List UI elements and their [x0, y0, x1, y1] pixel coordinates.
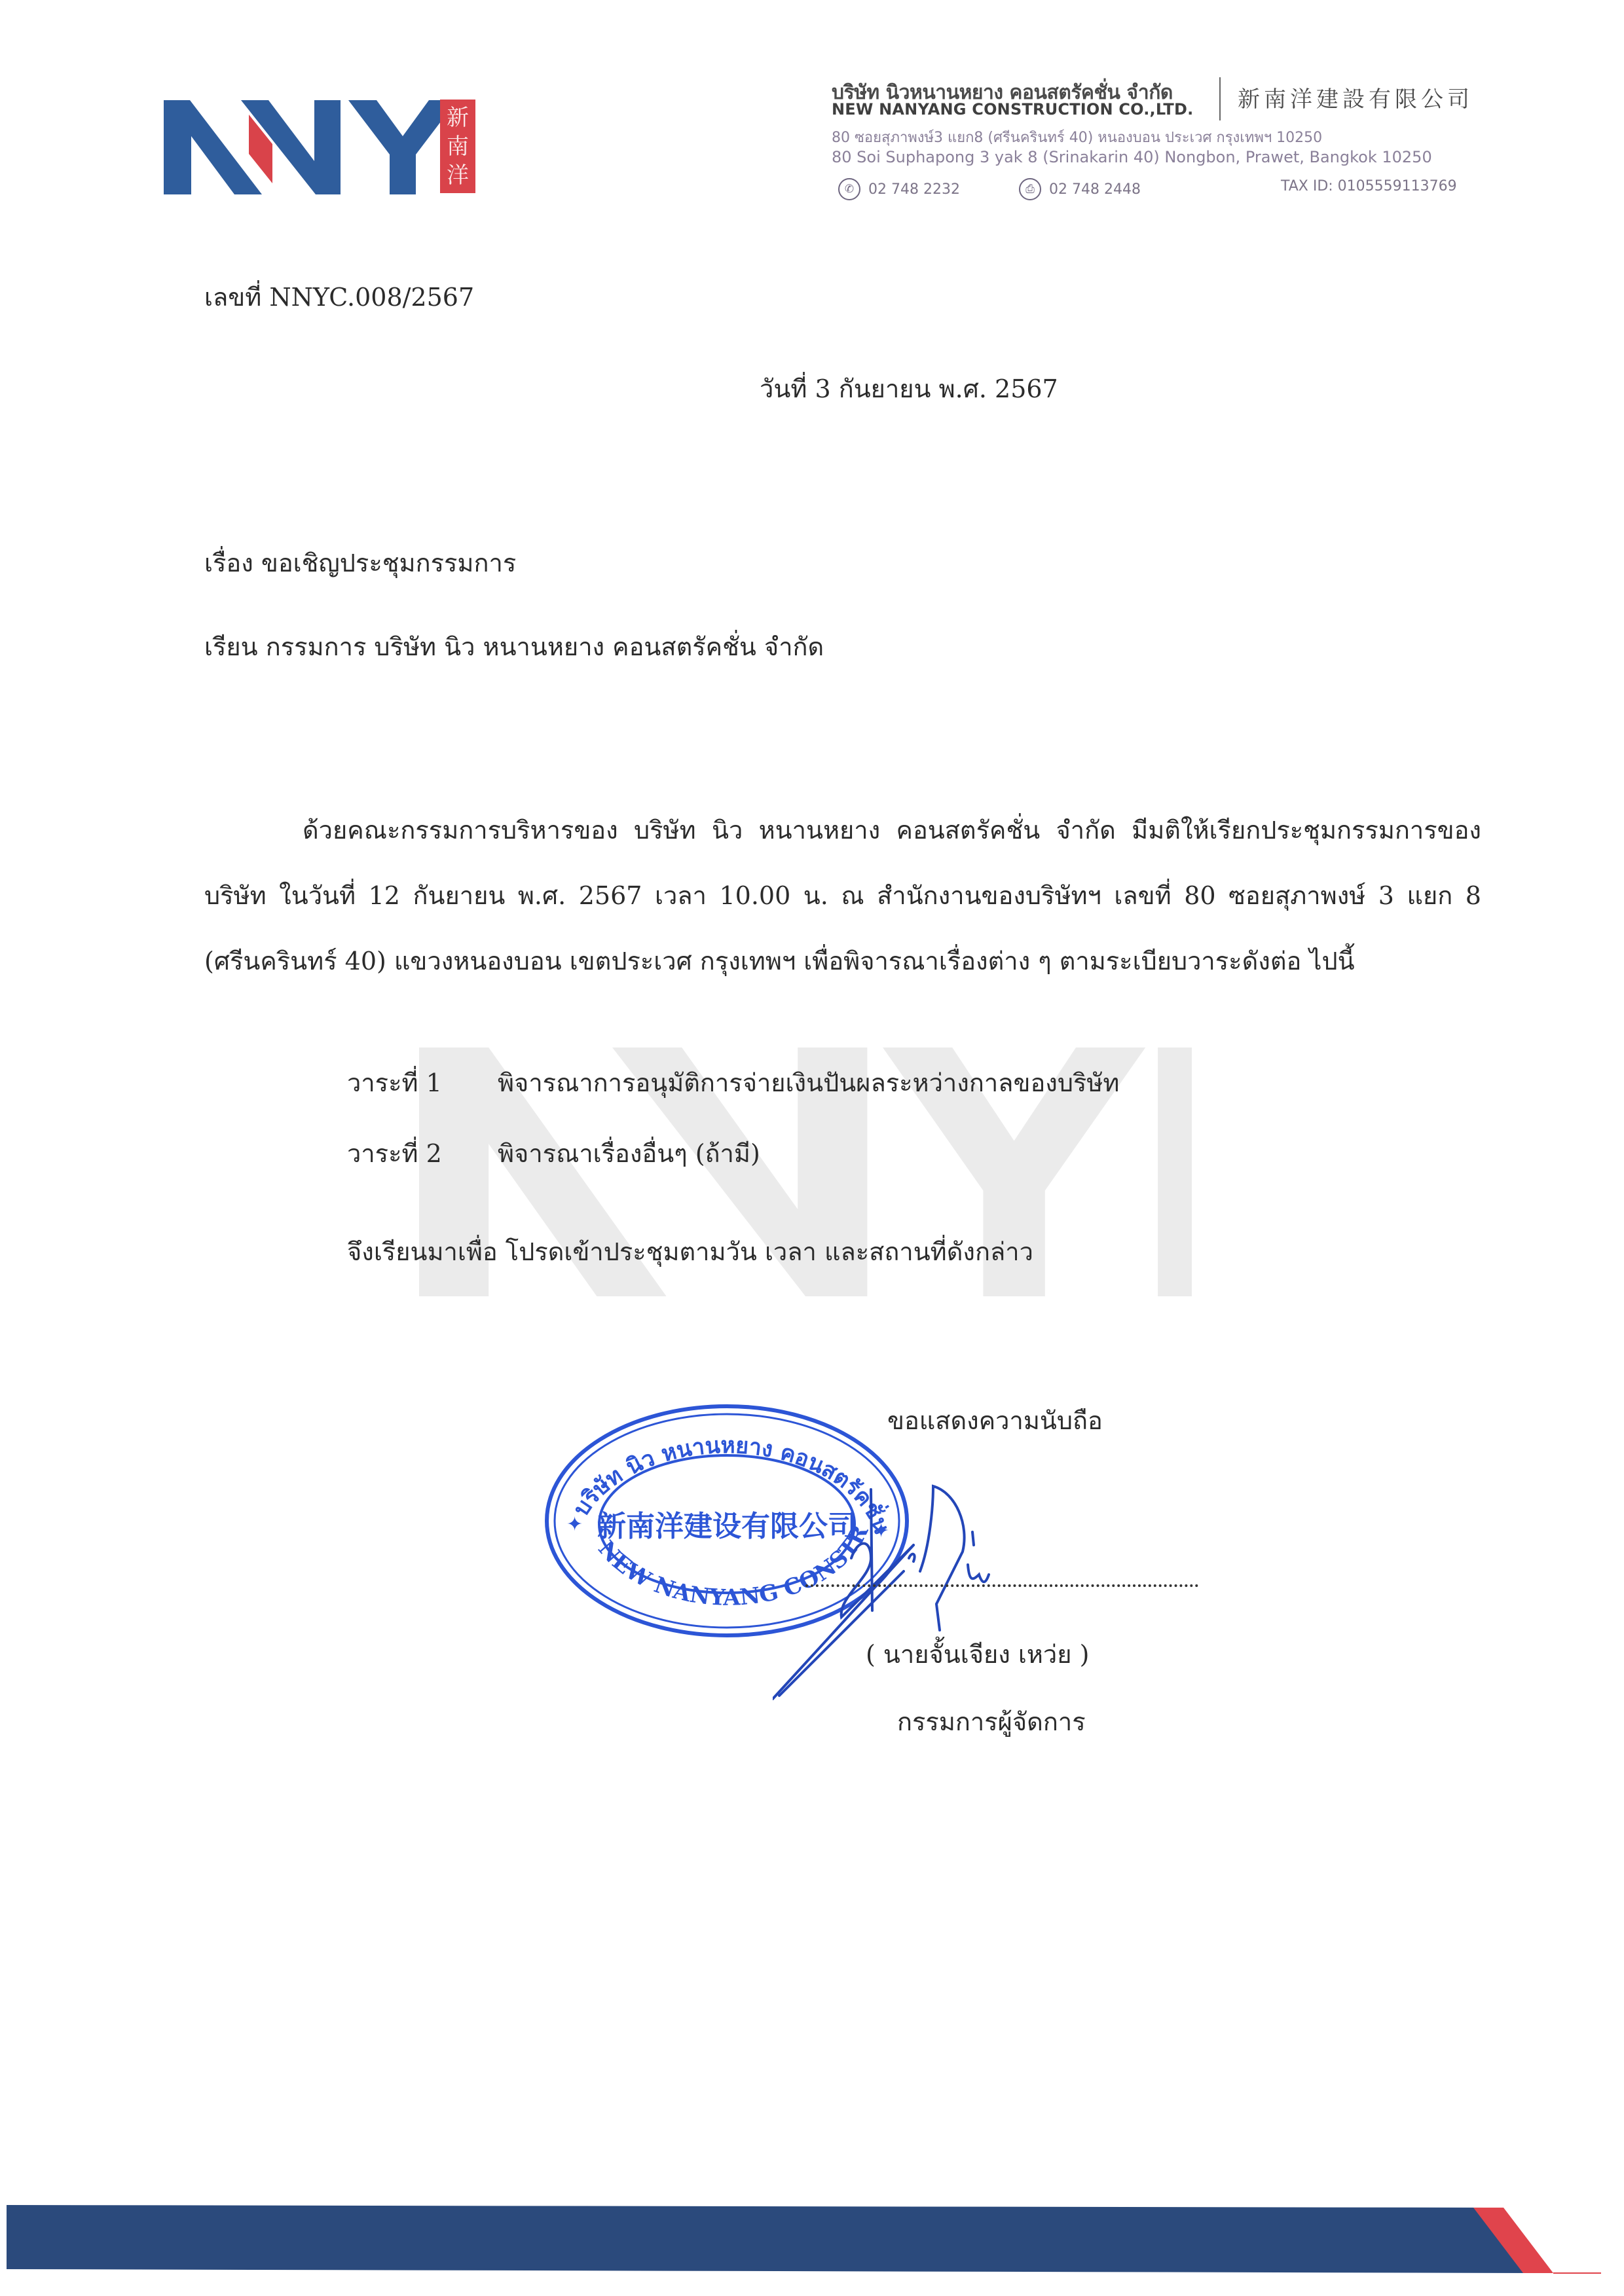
tax-id: TAX ID: 0105559113769: [1281, 178, 1457, 194]
phone-icon: ✆: [838, 178, 860, 200]
closing-sentence: จึงเรียนมาเพื่อ โปรดเข้าประชุมตามวัน เวล…: [347, 1237, 1033, 1267]
address-thai: 80 ซอยสุภาพงษ์3 แยก8 (ศรีนครินทร์ 40) หน…: [832, 126, 1322, 149]
logo-cn-char: 南: [447, 132, 469, 161]
footer-bar: [0, 2200, 1624, 2278]
address-english: 80 Soi Suphapong 3 yak 8 (Srinakarin 40)…: [832, 148, 1432, 166]
svg-text:✦: ✦: [566, 1513, 583, 1536]
agenda-item-1: วาระที่ 1พิจารณาการอนุมัติการจ่ายเงินปัน…: [347, 1068, 1119, 1099]
phone-contact: ✆ 02 748 2232: [838, 178, 960, 200]
fax-number: 02 748 2448: [1049, 181, 1141, 198]
fax-icon: ⎙: [1019, 178, 1041, 200]
agenda-text: พิจารณาการอนุมัติการจ่ายเงินปันผลระหว่าง…: [498, 1068, 1119, 1097]
letter-subject: เรื่อง ขอเชิญประชุมกรรมการ: [204, 549, 516, 579]
body-text: ด้วยคณะกรรมการบริหารของ บริษัท นิว หนานห…: [204, 816, 1481, 975]
body-paragraph: ด้วยคณะกรรมการบริหารของ บริษัท นิว หนานห…: [204, 797, 1481, 994]
signer-name: ( นายจั้นเจียง เหว่ย ): [866, 1640, 1089, 1670]
company-name-chinese: 新南洋建設有限公司: [1238, 81, 1473, 113]
agenda-text: พิจารณาเรื่องอื่นๆ (ถ้ามี): [498, 1139, 760, 1168]
logo-cn-char: 新: [447, 103, 469, 132]
agenda-label: วาระที่ 1: [347, 1068, 498, 1099]
reference-number: เลขที่ NNYC.008/2567: [204, 283, 474, 313]
letter-recipient: เรียน กรรมการ บริษัท นิว หนานหยาง คอนสตร…: [204, 632, 824, 663]
agenda-label: วาระที่ 2: [347, 1139, 498, 1169]
signer-title: กรรมการผู้จัดการ: [897, 1707, 1086, 1738]
phone-number: 02 748 2232: [868, 181, 960, 198]
regards: ขอแสดงความนับถือ: [887, 1406, 1103, 1436]
logo-cn-char: 洋: [447, 161, 469, 190]
signature-line: [805, 1584, 1198, 1587]
letter-date: วันที่ 3 กันยายน พ.ศ. 2567: [760, 374, 1058, 405]
header-divider: [1219, 77, 1221, 120]
company-name-english: NEW NANYANG CONSTRUCTION CO.,LTD.: [832, 100, 1193, 118]
logo-chinese-badge: 新 南 洋: [440, 100, 475, 193]
agenda-item-2: วาระที่ 2พิจารณาเรื่องอื่นๆ (ถ้ามี): [347, 1139, 760, 1169]
tax-id-text: TAX ID: 0105559113769: [1281, 178, 1457, 194]
fax-contact: ⎙ 02 748 2448: [1019, 178, 1141, 200]
